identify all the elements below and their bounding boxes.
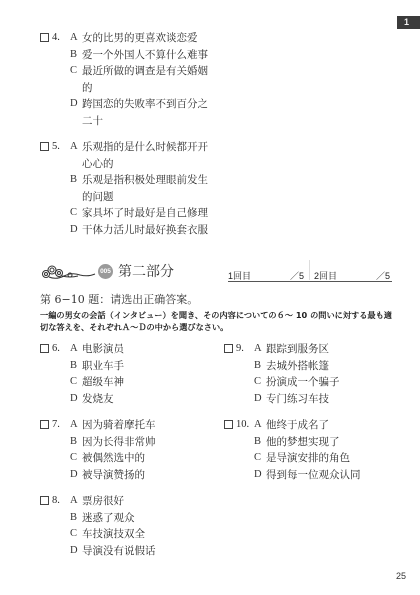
question-8: 8. A 票房很好 B迷惑了观众 C车技演技双全 D导演没有说假话 (40, 493, 156, 559)
option-text: 爱一个外国人不算什么难事 (82, 47, 208, 64)
second-attempt-label: 2回目 (314, 269, 337, 281)
question-number: 6. (52, 341, 60, 358)
option-letter: A (254, 341, 262, 358)
option-text: 被偶然选中的 (82, 450, 156, 467)
question-10: 10. A 他终于成名了 B他的梦想实现了 C是导演安排的角色 D得到每一位观众… (224, 417, 361, 483)
option-text: 干体力活儿时最好换套衣服 (82, 222, 208, 239)
question-number: 8. (52, 493, 60, 510)
question-number: 5. (52, 139, 60, 156)
option-letter: A (254, 417, 262, 434)
option-letter: C (254, 450, 261, 467)
first-attempt-label: 1回目 (228, 269, 251, 281)
audio-track-icon[interactable]: 005 (98, 264, 113, 279)
option-text: 超级车神 (82, 374, 124, 391)
question-number: 10. (236, 417, 249, 434)
option-text: 他的梦想实现了 (266, 434, 361, 451)
answer-checkbox[interactable] (224, 344, 233, 353)
option-letter: B (70, 172, 77, 189)
option-letter: A (70, 341, 78, 358)
option-text: 家具坏了时最好是自己修理 (82, 205, 208, 222)
cloud-ornament-icon (40, 264, 96, 280)
question-5: 5. A 乐观指的是什么时候都开开心心的 B 乐观是指积极处理眼前发生的问题 C… (40, 139, 208, 238)
option-letter: D (70, 96, 78, 113)
score-divider (309, 260, 310, 280)
option-text: 跨国恋的失败率不到百分之二十 (82, 96, 208, 129)
unit-badge: 1 (397, 16, 420, 29)
section-title: 第二部分 (118, 262, 174, 282)
first-attempt-total: ／5 (290, 269, 304, 281)
option-text: 电影演员 (82, 341, 124, 358)
option-text: 导演没有说假话 (82, 543, 156, 560)
option-letter: C (70, 205, 77, 222)
option-text: 跟踪到服务区 (266, 341, 340, 358)
option-letter: D (254, 391, 262, 408)
question-number: 4. (52, 30, 60, 47)
option-text: 迷惑了观众 (82, 510, 156, 527)
option-text: 因为骑着摩托车 (82, 417, 156, 434)
second-attempt-total: ／5 (376, 269, 390, 281)
option-letter: B (254, 434, 261, 451)
question-number: 7. (52, 417, 60, 434)
question-7: 7. A 因为骑着摩托车 B因为长得非常帅 C被偶然选中的 D被导演赞扬的 (40, 417, 156, 483)
option-text: 车技演技双全 (82, 526, 156, 543)
option-text: 最近所做的调查是有关婚姻的 (82, 63, 208, 96)
option-letter: D (70, 543, 78, 560)
instruction-japanese: 一編の男女の会話（インタビュー）を聞き、その内容についての６～ 10 の問いに対… (40, 309, 395, 333)
option-text: 乐观是指积极处理眼前发生的问题 (82, 172, 208, 205)
option-letter: B (70, 434, 77, 451)
question-4: 4. A 女的比男的更喜欢谈恋爱 B 爱一个外国人不算什么难事 C 最近所做的调… (40, 30, 208, 129)
option-letter: D (70, 467, 78, 484)
option-letter: B (70, 358, 77, 375)
option-text: 他终于成名了 (266, 417, 361, 434)
answer-checkbox[interactable] (40, 496, 49, 505)
option-text: 发烧友 (82, 391, 124, 408)
option-text: 乐观指的是什么时候都开开心心的 (82, 139, 208, 172)
option-text: 被导演赞扬的 (82, 467, 156, 484)
option-text: 职业车手 (82, 358, 124, 375)
option-text: 得到每一位观众认同 (266, 467, 361, 484)
option-letter: D (254, 467, 262, 484)
option-letter: C (70, 450, 77, 467)
answer-checkbox[interactable] (224, 420, 233, 429)
option-letter: C (254, 374, 261, 391)
option-letter: D (70, 222, 78, 239)
option-text: 是导演安排的角色 (266, 450, 361, 467)
option-letter: B (70, 510, 77, 527)
answer-checkbox[interactable] (40, 33, 49, 42)
option-letter: A (70, 30, 78, 47)
option-text: 女的比男的更喜欢谈恋爱 (82, 30, 208, 47)
option-letter: C (70, 374, 77, 391)
option-letter: A (70, 139, 78, 156)
score-box: 1回目 ／5 2回目 ／5 (228, 266, 392, 282)
option-letter: D (70, 391, 78, 408)
option-letter: C (70, 526, 77, 543)
option-text: 去城外搭帐篷 (266, 358, 340, 375)
option-text: 因为长得非常帅 (82, 434, 156, 451)
page-number: 25 (396, 571, 406, 581)
answer-checkbox[interactable] (40, 344, 49, 353)
instruction-chinese: 第 6−10 题：请选出正确答案。 (40, 293, 198, 307)
option-letter: B (70, 47, 77, 64)
option-letter: A (70, 493, 78, 510)
question-number: 9. (236, 341, 244, 358)
option-text: 专门练习车技 (266, 391, 340, 408)
option-letter: B (254, 358, 261, 375)
option-letter: C (70, 63, 77, 80)
option-letter: A (70, 417, 78, 434)
question-6: 6. A 电影演员 B职业车手 C超级车神 D发烧友 (40, 341, 124, 407)
answer-checkbox[interactable] (40, 142, 49, 151)
answer-checkbox[interactable] (40, 420, 49, 429)
option-text: 票房很好 (82, 493, 156, 510)
question-9: 9. A 跟踪到服务区 B去城外搭帐篷 C扮演成一个骗子 D专门练习车技 (224, 341, 340, 407)
option-text: 扮演成一个骗子 (266, 374, 340, 391)
